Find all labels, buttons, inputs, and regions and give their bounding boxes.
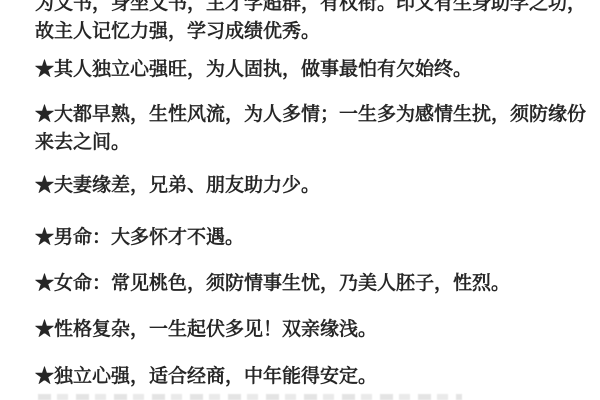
clipped-bottom-text-line [38, 394, 462, 400]
paragraph-male-fate: ★男命：大多怀才不遇。 [35, 224, 590, 252]
fortune-reading-document: 为文书，身坐文书，主才学超群，有权衔。印又有生身助学之功，故主人记忆力强，学习成… [0, 0, 600, 400]
paragraph-business-midlife: ★独立心强，适合经商，中年能得安定。 [35, 363, 590, 391]
paragraph-intro-clipped: 为文书，身坐文书，主才学超群，有权衔。印又有生身助学之功，故主人记忆力强，学习成… [35, 0, 590, 46]
paragraph-female-fate: ★女命：常见桃色，须防情事生忧，乃美人胚子，性烈。 [35, 270, 590, 298]
paragraph-independence-stubborn: ★其人独立心强旺，为人固执，做事最怕有欠始终。 [35, 56, 590, 84]
paragraph-complex-personality: ★性格复杂，一生起伏多见！双亲缘浅。 [35, 316, 590, 344]
paragraph-spouse-siblings: ★夫妻缘差，兄弟、朋友助力少。 [35, 172, 590, 200]
paragraph-romantic-nature: ★大都早熟，生性风流，为人多情；一生多为感情生扰，须防缘份来去之间。 [35, 101, 590, 157]
